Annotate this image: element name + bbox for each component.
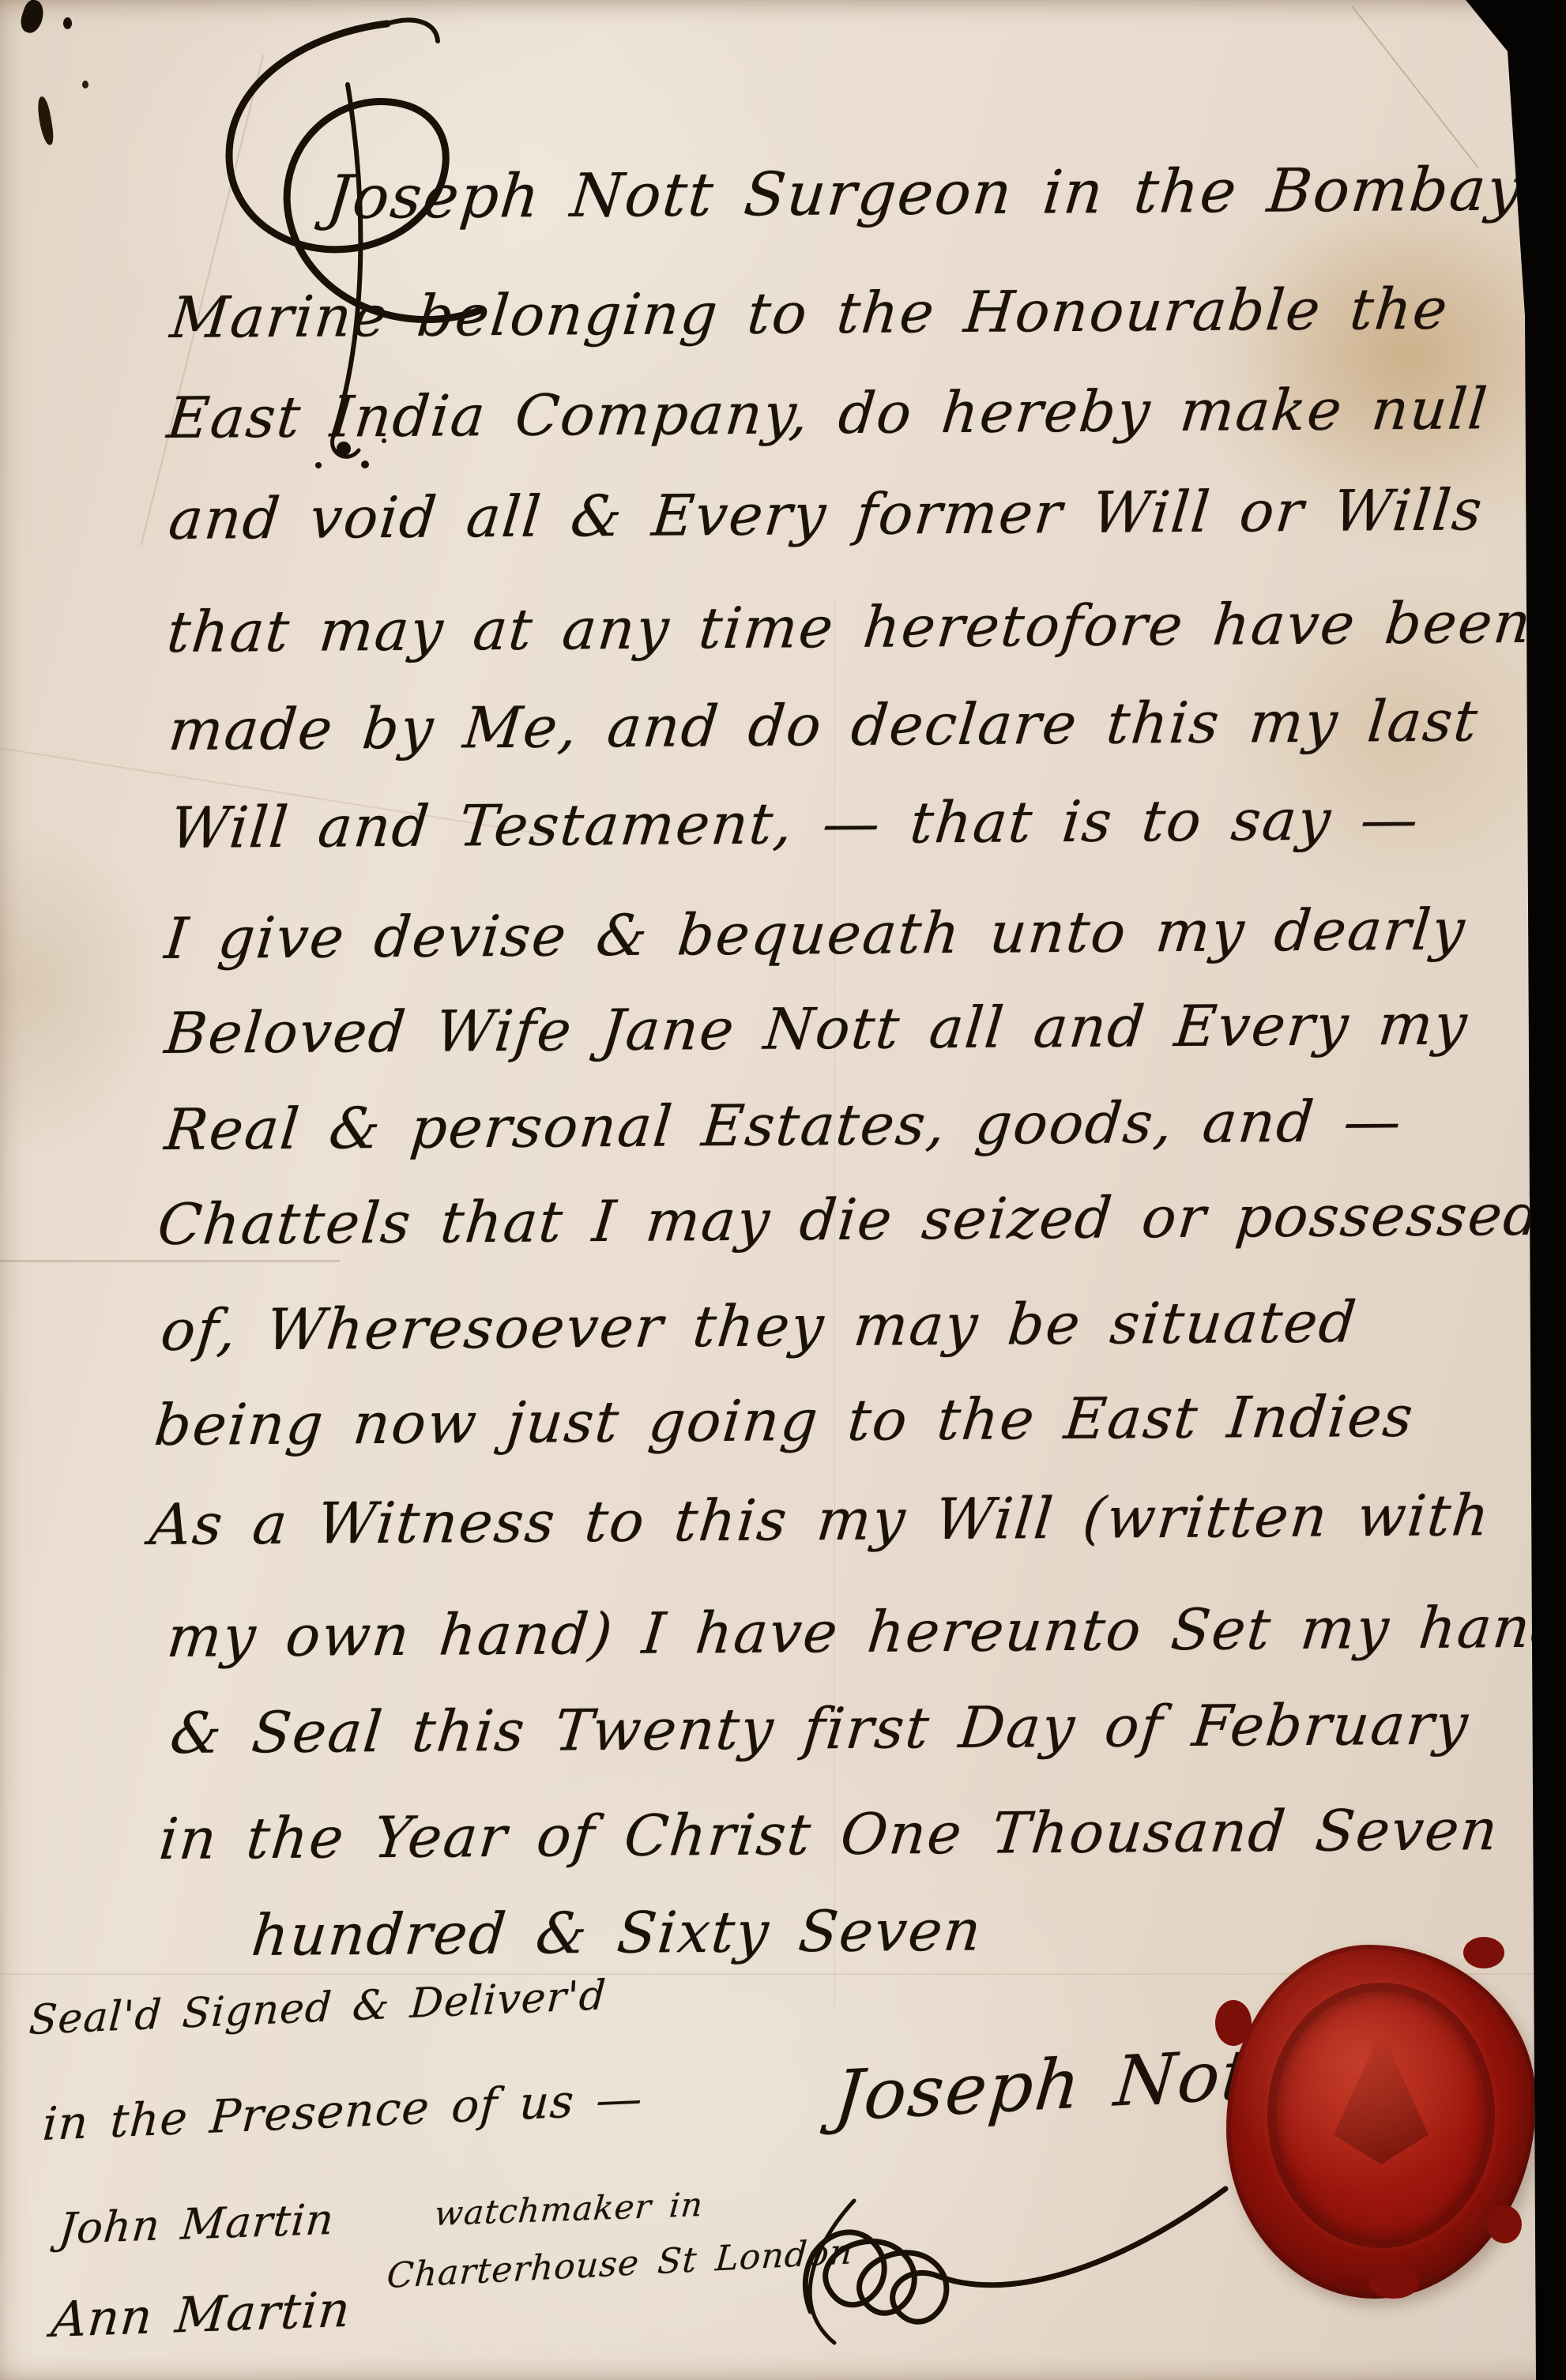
paper-crease (1351, 6, 1479, 168)
manuscript-line: Will and Testament, — that is to say — (168, 786, 1423, 861)
wax-seal-edge (1368, 2267, 1419, 2299)
witness-occupation: watchmaker in (433, 2185, 705, 2233)
witness-signature: Ann Martin (49, 2280, 353, 2348)
witness-signature: John Martin (57, 2194, 337, 2254)
manuscript-line: that may at any time heretofore have bee… (164, 589, 1535, 665)
attestation-line: Seal'd Signed & Deliver'd (28, 1972, 608, 2044)
manuscript-line: in the Year of Christ One Thousand Seven (156, 1796, 1502, 1872)
manuscript-line: my own hand) I have hereunto Set my hand (164, 1594, 1566, 1670)
manuscript-line: Joseph Nott Surgeon in the Bombay (324, 153, 1526, 232)
wax-seal-edge (1463, 1937, 1504, 1968)
manuscript-line: Beloved Wife Jane Nott all and Every my (162, 991, 1471, 1066)
manuscript-line: I give devise & bequeath unto my dearly (162, 897, 1469, 972)
manuscript-line: Marine belonging to the Honourable the (168, 276, 1451, 351)
ink-blot (63, 17, 72, 29)
manuscript-line: made by Me, and do declare this my last (166, 687, 1481, 763)
signature-flourish (779, 2145, 1269, 2367)
wax-seal-edge (1215, 2000, 1252, 2046)
manuscript-line: & Seal this Twenty first Day of February (168, 1691, 1472, 1766)
manuscript-line: Chattels that I may die seized or posses… (155, 1182, 1545, 1258)
scanned-will-page: Joseph Nott Surgeon in the Bombay Marine… (0, 0, 1566, 2380)
paper-crease (0, 1260, 340, 1262)
manuscript-line: East India Company, do hereby make null (164, 375, 1492, 451)
wax-seal-edge (1487, 2205, 1522, 2243)
manuscript-line: As a Witness to this my Will (written wi… (147, 1482, 1493, 1558)
manuscript-line: Real & personal Estates, goods, and — (162, 1088, 1406, 1163)
manuscript-line: of, Wheresoever they may be situated (158, 1288, 1361, 1363)
attestation-line: in the Presence of us — (41, 2071, 645, 2151)
ink-blot (82, 81, 88, 88)
manuscript-line: hundred & Sixty Seven (249, 1897, 985, 1968)
wax-seal (1226, 1945, 1536, 2299)
manuscript-line: being now just going to the East Indies (152, 1383, 1417, 1458)
paper: Joseph Nott Surgeon in the Bombay Marine… (0, 0, 1566, 2380)
paper-stain (1240, 205, 1557, 506)
ink-blot (36, 96, 55, 146)
manuscript-line: and void all & Every former Will or Will… (166, 476, 1486, 552)
ink-blot (17, 0, 47, 36)
